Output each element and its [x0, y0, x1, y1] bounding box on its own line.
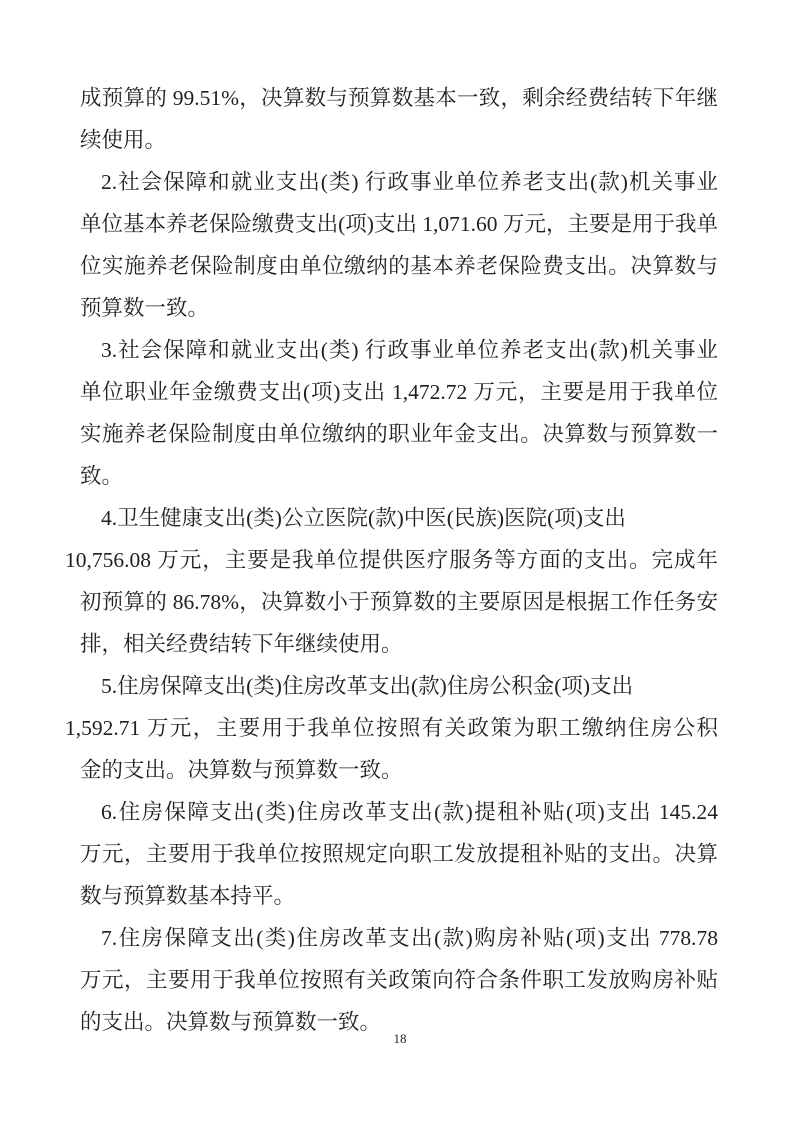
- paragraph-item-3: 3.社会保障和就业支出(类) 行政事业单位养老支出(款)机关事业 单位职业年金缴…: [80, 329, 718, 497]
- text-line: 续使用。: [80, 119, 718, 161]
- text-line: 数与预算数基本持平。: [80, 875, 718, 917]
- text-line: 万元，主要用于我单位按照有关政策向符合条件职工发放购房补贴: [80, 959, 718, 1001]
- text-line: 2.社会保障和就业支出(类) 行政事业单位养老支出(款)机关事业: [80, 161, 718, 203]
- paragraph-item-2: 2.社会保障和就业支出(类) 行政事业单位养老支出(款)机关事业 单位基本养老保…: [80, 161, 718, 329]
- paragraph-item-7: 7.住房保障支出(类)住房改革支出(款)购房补贴(项)支出 778.78 万元，…: [80, 917, 718, 1043]
- text-line: 4.卫生健康支出(类)公立医院(款)中医(民族)医院(项)支出: [80, 497, 718, 539]
- text-line: 5.住房保障支出(类)住房改革支出(款)住房公积金(项)支出: [80, 665, 718, 707]
- text-line: 3.社会保障和就业支出(类) 行政事业单位养老支出(款)机关事业: [80, 329, 718, 371]
- paragraph-item-6: 6.住房保障支出(类)住房改革支出(款)提租补贴(项)支出 145.24 万元，…: [80, 791, 718, 917]
- text-line: 1,592.71 万元，主要用于我单位按照有关政策为职工缴纳住房公积: [65, 707, 718, 749]
- text-block: 成预算的 99.51%，决算数与预算数基本一致，剩余经费结转下年继 续使用。 2…: [80, 77, 718, 1043]
- text-line: 预算数一致。: [80, 287, 718, 329]
- paragraph-item-5: 5.住房保障支出(类)住房改革支出(款)住房公积金(项)支出 1,592.71 …: [80, 665, 718, 791]
- text-line: 排，相关经费结转下年继续使用。: [80, 623, 718, 665]
- document-page: 成预算的 99.51%，决算数与预算数基本一致，剩余经费结转下年继 续使用。 2…: [0, 0, 800, 1131]
- page-number: 18: [0, 1031, 800, 1047]
- text-line: 成预算的 99.51%，决算数与预算数基本一致，剩余经费结转下年继: [80, 77, 718, 119]
- text-line: 单位基本养老保险缴费支出(项)支出 1,071.60 万元，主要是用于我单: [80, 203, 718, 245]
- paragraph-item-4: 4.卫生健康支出(类)公立医院(款)中医(民族)医院(项)支出 10,756.0…: [80, 497, 718, 665]
- text-line: 万元，主要用于我单位按照规定向职工发放提租补贴的支出。决算: [80, 833, 718, 875]
- text-line: 10,756.08 万元，主要是我单位提供医疗服务等方面的支出。完成年: [65, 539, 718, 581]
- text-line: 6.住房保障支出(类)住房改革支出(款)提租补贴(项)支出 145.24: [80, 791, 718, 833]
- text-line: 金的支出。决算数与预算数一致。: [80, 749, 718, 791]
- text-line: 致。: [80, 455, 718, 497]
- paragraph-continuation: 成预算的 99.51%，决算数与预算数基本一致，剩余经费结转下年继 续使用。: [80, 77, 718, 161]
- text-line: 位实施养老保险制度由单位缴纳的基本养老保险费支出。决算数与: [80, 245, 718, 287]
- text-line: 实施养老保险制度由单位缴纳的职业年金支出。决算数与预算数一: [80, 413, 718, 455]
- text-line: 初预算的 86.78%，决算数小于预算数的主要原因是根据工作任务安: [80, 581, 718, 623]
- text-line: 7.住房保障支出(类)住房改革支出(款)购房补贴(项)支出 778.78: [80, 917, 718, 959]
- text-line: 单位职业年金缴费支出(项)支出 1,472.72 万元，主要是用于我单位: [80, 371, 718, 413]
